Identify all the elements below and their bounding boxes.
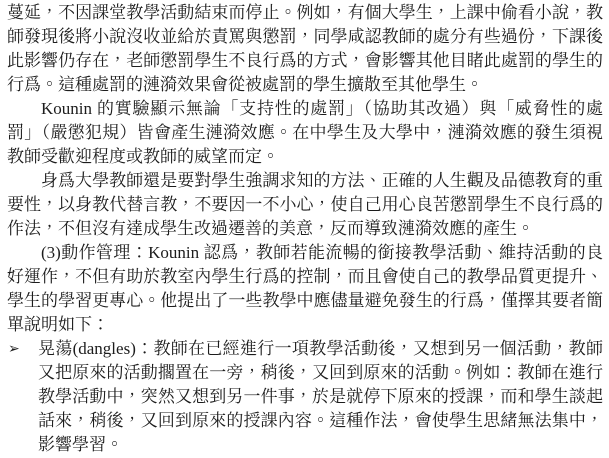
paragraph-text: 身爲大學教師還是要對學生強調求知的方法、正確的人生觀及品德教育的重要性，以身教代… [7, 171, 603, 238]
paragraph-text: 晃蕩(dangles)：教師在已經進行一項教學活動後，又想到另一個活動，教師又把… [38, 339, 603, 454]
paragraph: 蔓延，不因課堂教學活動結束而停止。例如，有個大學生，上課中偷看小說，教師發現後將… [7, 1, 603, 97]
paragraph: Kounin 的實驗顯示無論「支持性的處罰」（協助其改過）與「威脅性的處罰」（嚴… [7, 97, 603, 169]
document-page: 蔓延，不因課堂教學活動結束而停止。例如，有個大學生，上課中偷看小說，教師發現後將… [0, 0, 609, 458]
paragraph: (3)動作管理：Kounin 認爲，教師若能流暢的銜接教學活動、維持活動的良好運… [7, 241, 603, 337]
paragraph-text: (3)動作管理：Kounin 認爲，教師若能流暢的銜接教學活動、維持活動的良好運… [7, 243, 603, 334]
paragraph-text: 蔓延，不因課堂教學活動結束而停止。例如，有個大學生，上課中偷看小說，教師發現後將… [7, 3, 603, 94]
arrow-bullet-icon: ➢ [8, 337, 20, 361]
paragraph-text: Kounin 的實驗顯示無論「支持性的處罰」（協助其改過）與「威脅性的處罰」（嚴… [7, 99, 603, 166]
paragraph: ➢晃蕩(dangles)：教師在已經進行一項教學活動後，又想到另一個活動，教師又… [7, 337, 603, 457]
text-block: 蔓延，不因課堂教學活動結束而停止。例如，有個大學生，上課中偷看小說，教師發現後將… [7, 1, 603, 457]
paragraph: 身爲大學教師還是要對學生強調求知的方法、正確的人生觀及品德教育的重要性，以身教代… [7, 169, 603, 241]
